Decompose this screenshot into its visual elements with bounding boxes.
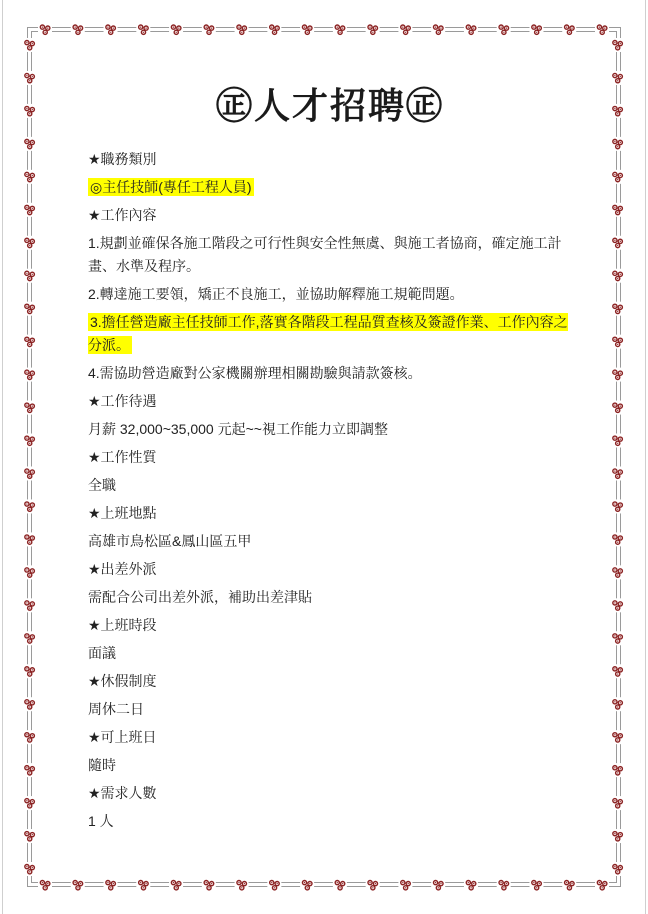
paragraph: 面議: [88, 642, 572, 665]
flower-motif-icon: [611, 104, 625, 118]
flower-motif-icon: [23, 466, 37, 480]
flower-motif-icon: [611, 401, 625, 415]
flower-motif-icon: [529, 878, 543, 892]
flower-motif-icon: [431, 878, 445, 892]
flower-motif-icon: [611, 763, 625, 777]
paragraph: 1 人: [88, 810, 572, 833]
flower-motif-icon: [464, 23, 478, 37]
flower-motif-icon: [497, 878, 511, 892]
flower-motif-icon: [267, 878, 281, 892]
flower-motif-icon: [611, 631, 625, 645]
flower-motif-icon: [23, 401, 37, 415]
content-blocks: ★職務類別◎主任技師(專任工程人員)★工作內容1.規劃並確保各施工階段之可行性與…: [88, 148, 572, 838]
flower-motif-icon: [23, 697, 37, 711]
flower-motif-icon: [23, 862, 37, 876]
flower-motif-icon: [136, 23, 150, 37]
flower-motif-icon: [23, 170, 37, 184]
flower-motif-icon: [529, 23, 543, 37]
flower-motif-icon: [23, 335, 37, 349]
paragraph: 周休二日: [88, 698, 572, 721]
flower-motif-icon: [611, 565, 625, 579]
flower-motif-icon: [23, 763, 37, 777]
flower-motif-icon: [611, 71, 625, 85]
flower-motif-icon: [611, 434, 625, 448]
flower-motif-icon: [611, 664, 625, 678]
flower-motif-icon: [136, 878, 150, 892]
document-page: ㊣人才招聘㊣ ★職務類別◎主任技師(專任工程人員)★工作內容1.規劃並確保各施工…: [0, 0, 648, 914]
flower-motif-icon: [333, 23, 347, 37]
section-label: ★上班時段: [88, 614, 572, 637]
flower-motif-icon: [611, 730, 625, 744]
flower-motif-icon: [23, 269, 37, 283]
highlighted-text: 3.擔任營造廠主任技師工作,落實各階段工程品質查核及簽證作業、工作內容之分派。: [88, 313, 568, 354]
section-label: ★需求人數: [88, 782, 572, 805]
flower-motif-icon: [169, 23, 183, 37]
flower-motif-icon: [23, 598, 37, 612]
paragraph: 隨時: [88, 754, 572, 777]
flower-motif-icon: [611, 862, 625, 876]
flower-motif-icon: [23, 730, 37, 744]
flower-motif-icon: [333, 878, 347, 892]
flower-motif-icon: [562, 878, 576, 892]
page-title: ㊣人才招聘㊣: [88, 84, 572, 128]
flower-motif-icon: [595, 23, 609, 37]
flower-motif-icon: [23, 796, 37, 810]
flower-motif-icon: [235, 23, 249, 37]
flower-motif-icon: [169, 878, 183, 892]
page-edge-right: [645, 0, 646, 914]
flower-motif-icon: [23, 532, 37, 546]
flower-motif-icon: [104, 878, 118, 892]
flower-motif-icon: [398, 878, 412, 892]
flower-motif-icon: [235, 878, 249, 892]
section-label: ★工作待遇: [88, 390, 572, 413]
flower-motif-icon: [300, 23, 314, 37]
paragraph: ◎主任技師(專任工程人員): [88, 176, 572, 199]
paragraph: 2.轉達施工要領，矯正不良施工，並協助解釋施工規範問題。: [88, 283, 572, 306]
flower-motif-icon: [23, 104, 37, 118]
paragraph: 4.需協助營造廠對公家機關辦理相關勘驗與請款簽核。: [88, 362, 572, 385]
section-label: ★出差外派: [88, 558, 572, 581]
flower-motif-icon: [23, 302, 37, 316]
flower-motif-icon: [611, 598, 625, 612]
flower-motif-icon: [611, 302, 625, 316]
paragraph: 3.擔任營造廠主任技師工作,落實各階段工程品質查核及簽證作業、工作內容之分派。: [88, 311, 572, 357]
flower-motif-icon: [23, 137, 37, 151]
flower-motif-icon: [611, 697, 625, 711]
flower-motif-icon: [366, 878, 380, 892]
flower-motif-icon: [267, 23, 281, 37]
page-edge-left: [2, 0, 3, 914]
paragraph: 月薪 32,000~35,000 元起~~視工作能力立即調整: [88, 418, 572, 441]
flower-motif-icon: [71, 23, 85, 37]
highlighted-text: ◎主任技師(專任工程人員): [88, 178, 254, 196]
flower-motif-icon: [611, 466, 625, 480]
paragraph: 全職: [88, 474, 572, 497]
flower-motif-icon: [23, 565, 37, 579]
flower-motif-icon: [497, 23, 511, 37]
flower-motif-icon: [611, 203, 625, 217]
flower-motif-icon: [38, 878, 52, 892]
flower-motif-icon: [23, 368, 37, 382]
flower-motif-icon: [23, 631, 37, 645]
flower-motif-icon: [611, 335, 625, 349]
flower-motif-icon: [611, 269, 625, 283]
flower-motif-icon: [611, 170, 625, 184]
section-label: ★上班地點: [88, 502, 572, 525]
flower-motif-icon: [398, 23, 412, 37]
flower-motif-icon: [562, 23, 576, 37]
flower-motif-icon: [366, 23, 380, 37]
flower-motif-icon: [611, 829, 625, 843]
section-label: ★職務類別: [88, 148, 572, 171]
flower-motif-icon: [71, 878, 85, 892]
flower-motif-icon: [611, 796, 625, 810]
flower-motif-icon: [23, 434, 37, 448]
section-label: ★休假制度: [88, 670, 572, 693]
flower-motif-icon: [23, 829, 37, 843]
flower-motif-icon: [611, 532, 625, 546]
flower-motif-icon: [300, 878, 314, 892]
section-label: ★工作性質: [88, 446, 572, 469]
section-label: ★可上班日: [88, 726, 572, 749]
flower-motif-icon: [595, 878, 609, 892]
flower-motif-icon: [431, 23, 445, 37]
flower-motif-icon: [23, 38, 37, 52]
flower-motif-icon: [611, 368, 625, 382]
flower-motif-icon: [23, 203, 37, 217]
flower-motif-icon: [23, 236, 37, 250]
flower-motif-icon: [202, 878, 216, 892]
flower-motif-icon: [23, 499, 37, 513]
flower-motif-icon: [202, 23, 216, 37]
flower-motif-icon: [611, 236, 625, 250]
flower-motif-icon: [611, 137, 625, 151]
flower-motif-icon: [611, 38, 625, 52]
flower-motif-icon: [464, 878, 478, 892]
flower-motif-icon: [104, 23, 118, 37]
paragraph: 需配合公司出差外派，補助出差津貼: [88, 586, 572, 609]
flower-motif-icon: [38, 23, 52, 37]
paragraph: 1.規劃並確保各施工階段之可行性與安全性無虞、與施工者協商，確定施工計畫、水準及…: [88, 232, 572, 278]
flower-motif-icon: [23, 71, 37, 85]
flower-motif-icon: [611, 499, 625, 513]
section-label: ★工作內容: [88, 204, 572, 227]
flower-motif-icon: [23, 664, 37, 678]
paragraph: 高雄市鳥松區&鳳山區五甲: [88, 530, 572, 553]
